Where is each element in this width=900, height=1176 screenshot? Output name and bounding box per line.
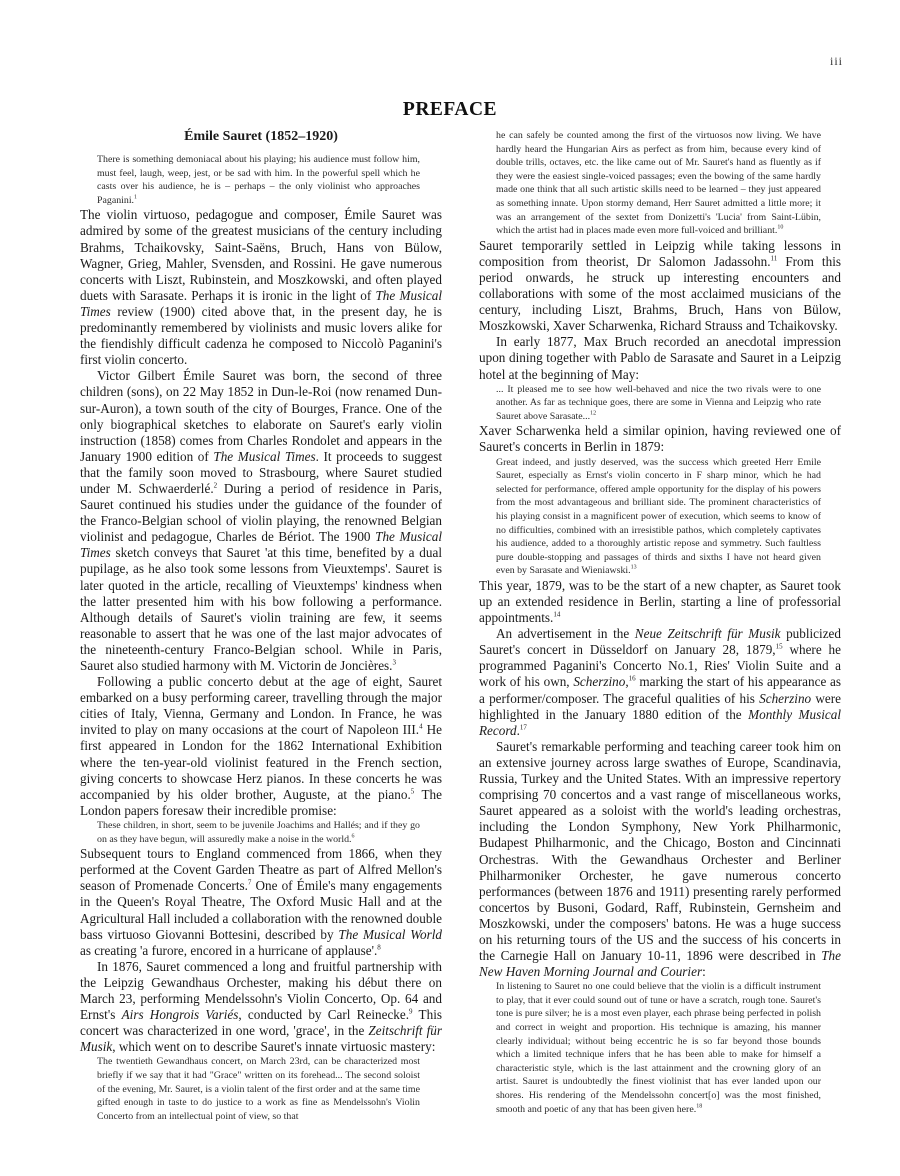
footnote-ref[interactable]: 12 (590, 410, 596, 416)
block-quote: ... It pleased me to see how well-behave… (496, 383, 821, 424)
page-number: iii (830, 54, 843, 69)
footnote-ref[interactable]: 1 (134, 194, 137, 200)
title-ref: Neue Zeitschrift für Musik (635, 626, 781, 641)
footnote-ref[interactable]: 8 (377, 943, 381, 951)
block-quote-continued: he can safely be counted among the first… (496, 129, 821, 238)
paragraph: This year, 1879, was to be the start of … (479, 578, 841, 626)
section-heading: Émile Sauret (1852–1920) (80, 128, 442, 146)
block-quote: In listening to Sauret no one could beli… (496, 980, 821, 1116)
paragraph: Following a public concerto debut at the… (80, 674, 442, 819)
epigraph-quote: There is something demoniacal about his … (97, 153, 420, 207)
paragraph: Sauret's remarkable performing and teach… (479, 739, 841, 980)
paragraph: Xaver Scharwenka held a similar opinion,… (479, 423, 841, 455)
paragraph: In 1876, Sauret commenced a long and fru… (80, 959, 442, 1056)
block-quote: The twentieth Gewandhaus concert, on Mar… (97, 1055, 420, 1123)
paragraph: Victor Gilbert Émile Sauret was born, th… (80, 368, 442, 674)
footnote-ref[interactable]: 14 (553, 611, 560, 619)
footnote-ref[interactable]: 16 (629, 675, 636, 683)
paragraph: Subsequent tours to England commenced fr… (80, 846, 442, 959)
footnote-ref[interactable]: 6 (352, 833, 355, 839)
block-quote: These children, in short, seem to be juv… (97, 819, 420, 846)
footnote-ref[interactable]: 15 (776, 643, 783, 651)
title-ref: Scherzino (573, 674, 625, 689)
paragraph: In early 1877, Max Bruch recorded an ane… (479, 334, 841, 382)
paragraph: Sauret temporarily settled in Leipzig wh… (479, 238, 841, 335)
footnote-ref[interactable]: 18 (696, 1103, 702, 1109)
title-ref: The Musical World (338, 927, 442, 942)
paragraph: An advertisement in the Neue Zeitschrift… (479, 626, 841, 739)
title-ref: Airs Hongrois Variés (122, 1007, 239, 1022)
footnote-ref[interactable]: 13 (631, 565, 637, 571)
right-column: he can safely be counted among the first… (479, 129, 841, 1116)
footnote-ref[interactable]: 10 (777, 225, 783, 231)
title-ref: Scherzino (759, 691, 811, 706)
paragraph: The violin virtuoso, pedagogue and compo… (80, 207, 442, 368)
page-title: PREFACE (0, 99, 900, 121)
block-quote: Great indeed, and justly deserved, was t… (496, 456, 821, 578)
footnote-ref[interactable]: 3 (392, 659, 396, 667)
title-ref: The Musical Times (213, 449, 315, 464)
left-column: Émile Sauret (1852–1920) There is someth… (80, 128, 442, 1123)
footnote-ref[interactable]: 17 (520, 723, 527, 731)
